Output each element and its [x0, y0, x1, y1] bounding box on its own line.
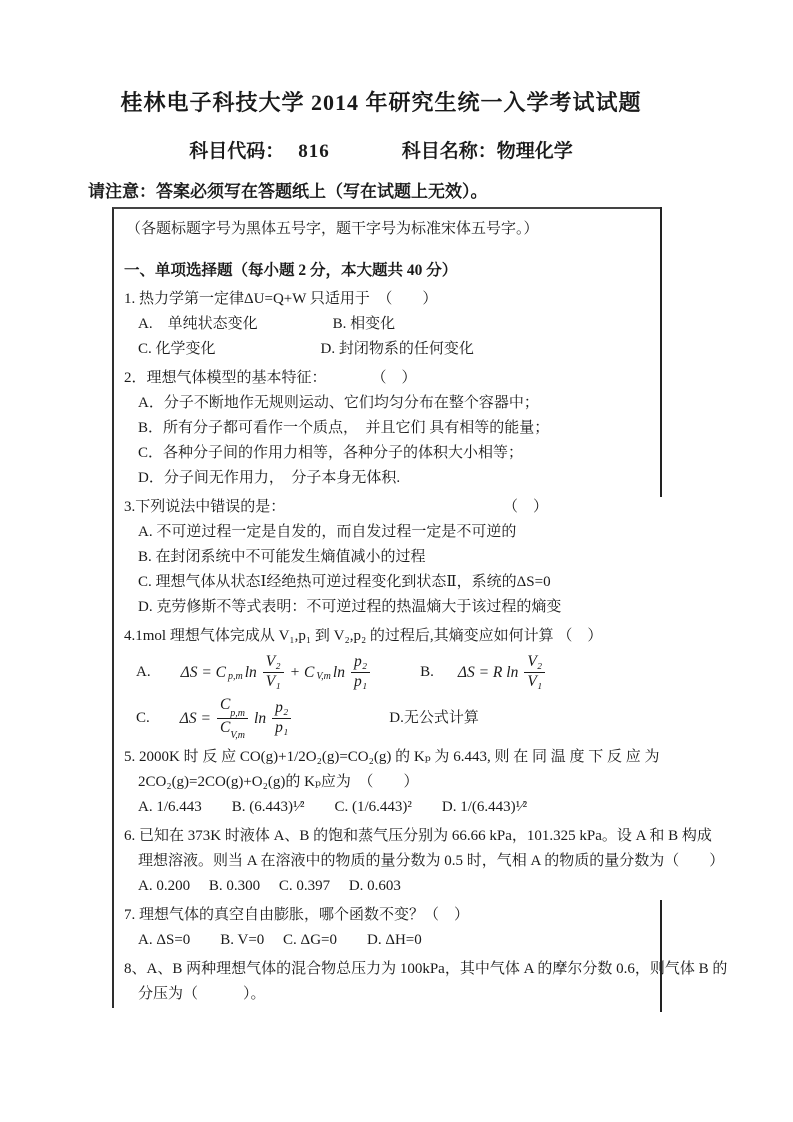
- question-1: 1. 热力学第一定律ΔU=Q+W 只适用于 （ ） A. 单纯状态变化 B. 相…: [122, 287, 656, 362]
- section-title: 一、单项选择题（每小题 2 分，本大题共 40 分）: [124, 258, 656, 283]
- q2-stem: 2．理想气体模型的基本特征： （ ）: [124, 366, 656, 391]
- exam-sheet: 桂林电子科技大学 2014 年研究生统一入学考试试题 科目代码：816科目名称：…: [0, 0, 793, 1122]
- q5-stem-line: 2CO₂(g)=2CO(g)+O₂(g)的 Kₚ应为 （ ）: [138, 770, 656, 795]
- fraction: V₂V₁: [524, 653, 545, 691]
- question-4: 4.1mol 理想气体完成从 V₁,p₁ 到 V₂,p₂ 的过程后,其熵变应如何…: [122, 624, 656, 741]
- q3-option-line: A. 不可逆过程一定是自发的，而自发过程一定是不可逆的: [138, 520, 656, 545]
- fraction: p₂p₁: [272, 699, 291, 737]
- fraction: p₂p₁: [351, 653, 370, 691]
- q4-formula-b: ΔS = R lnV₂V₁: [456, 653, 549, 691]
- q4-option-b-label: B.: [420, 660, 434, 685]
- q1-option-line: C. 化学变化 D. 封闭物系的任何变化: [138, 337, 656, 362]
- question-5: 5. 2000K 时 反 应 CO(g)+1/2O₂(g)=CO₂(g) 的 K…: [122, 745, 656, 820]
- q5-stem-line: 5. 2000K 时 反 应 CO(g)+1/2O₂(g)=CO₂(g) 的 K…: [124, 745, 656, 770]
- format-note: （各题标题字号为黑体五号字，题干字号为标准宋体五号字。）: [126, 217, 656, 242]
- subject-code: 816: [298, 141, 330, 162]
- q3-option-line: D. 克劳修斯不等式表明：不可逆过程的热温熵大于该过程的熵变: [138, 595, 656, 620]
- q2-option-line: B．所有分子都可看作一个质点， 并且它们 具有相等的能量；: [138, 416, 656, 441]
- q7-stem: 7. 理想气体的真空自由膨胀，哪个函数不变？（ ）: [124, 903, 656, 928]
- fraction: Cp,mCV,m: [217, 696, 248, 739]
- q4-formula-row-2: C. ΔS =Cp,mCV,mlnp₂p₁ D.无公式计算: [136, 695, 656, 741]
- q4-option-c-label: C.: [136, 706, 150, 731]
- q2-option-line: D．分子间无作用力， 分子本身无体积.: [138, 466, 656, 491]
- question-2: 2．理想气体模型的基本特征： （ ） A．分子不断地作无规则运动、它们均匀分布在…: [122, 366, 656, 491]
- q4-formula-c: ΔS =Cp,mCV,mlnp₂p₁: [178, 696, 295, 739]
- q8-stem-line: 8、A、B 两种理想气体的混合物总压力为 100kPa，其中气体 A 的摩尔分数…: [124, 957, 656, 982]
- q1-stem: 1. 热力学第一定律ΔU=Q+W 只适用于 （ ）: [124, 287, 656, 312]
- subject-code-label: 科目代码：: [189, 141, 284, 162]
- q4-formula-a: ΔS = Cp,mlnV₂V₁+ CV,mlnp₂p₁: [179, 653, 375, 691]
- q3-option-line: B. 在封闭系统中不可能发生熵值减小的过程: [138, 545, 656, 570]
- q4-option-d: D.无公式计算: [389, 706, 479, 731]
- q4-formula-row-1: A. ΔS = Cp,mlnV₂V₁+ CV,mlnp₂p₁ B. ΔS = R…: [136, 649, 656, 695]
- box-right-border-top: [660, 207, 662, 497]
- fraction: V₂V₁: [263, 653, 284, 691]
- question-box: （各题标题字号为黑体五号字，题干字号为标准宋体五号字。） 一、单项选择题（每小题…: [112, 207, 660, 1008]
- q3-answer-bracket: （ ）: [503, 495, 548, 520]
- subject-name-label: 科目名称：: [402, 141, 497, 162]
- q3-stem: 3.下列说法中错误的是：: [124, 495, 285, 520]
- q6-stem-line: 理想溶液。则当 A 在溶液中的物质的量分数为 0.5 时，气相 A 的物质的量分…: [138, 849, 656, 874]
- q5-options: A. 1/6.443 B. (6.443)¹⁄² C. (1/6.443)² D…: [138, 795, 656, 820]
- q2-option-line: C．各种分子间的作用力相等，各种分子的体积大小相等；: [138, 441, 656, 466]
- q4-stem: 4.1mol 理想气体完成从 V₁,p₁ 到 V₂,p₂ 的过程后,其熵变应如何…: [124, 624, 656, 649]
- q3-option-line: C. 理想气体从状态Ⅰ经绝热可逆过程变化到状态Ⅱ，系统的ΔS=0: [138, 570, 656, 595]
- q6-options: A. 0.200 B. 0.300 C. 0.397 D. 0.603: [138, 874, 656, 899]
- notice-text: 请注意：答案必须写在答题纸上（写在试题上无效）。: [88, 177, 488, 202]
- q3-stem-row: 3.下列说法中错误的是： （ ）: [124, 495, 656, 520]
- question-7: 7. 理想气体的真空自由膨胀，哪个函数不变？（ ） A. ΔS=0 B. V=0…: [122, 903, 656, 953]
- page-title: 桂林电子科技大学 2014 年研究生统一入学考试试题: [92, 86, 670, 117]
- subject-name: 物理化学: [497, 141, 573, 162]
- q2-option-line: A．分子不断地作无规则运动、它们均匀分布在整个容器中；: [138, 391, 656, 416]
- subject-line: 科目代码：816科目名称：物理化学: [92, 136, 670, 163]
- q8-stem-line: 分压为（ ）。: [138, 982, 656, 1007]
- box-right-border-bottom: [660, 900, 662, 1012]
- q6-stem-line: 6. 已知在 373K 时液体 A、B 的饱和蒸气压分别为 66.66 kPa，…: [124, 824, 656, 849]
- q1-option-line: A. 单纯状态变化 B. 相变化: [138, 312, 656, 337]
- question-6: 6. 已知在 373K 时液体 A、B 的饱和蒸气压分别为 66.66 kPa，…: [122, 824, 656, 899]
- q7-options: A. ΔS=0 B. V=0 C. ΔG=0 D. ΔH=0: [138, 928, 656, 953]
- q4-option-a-label: A.: [136, 660, 151, 685]
- question-3: 3.下列说法中错误的是： （ ） A. 不可逆过程一定是自发的，而自发过程一定是…: [122, 495, 656, 620]
- question-8: 8、A、B 两种理想气体的混合物总压力为 100kPa，其中气体 A 的摩尔分数…: [122, 957, 656, 1007]
